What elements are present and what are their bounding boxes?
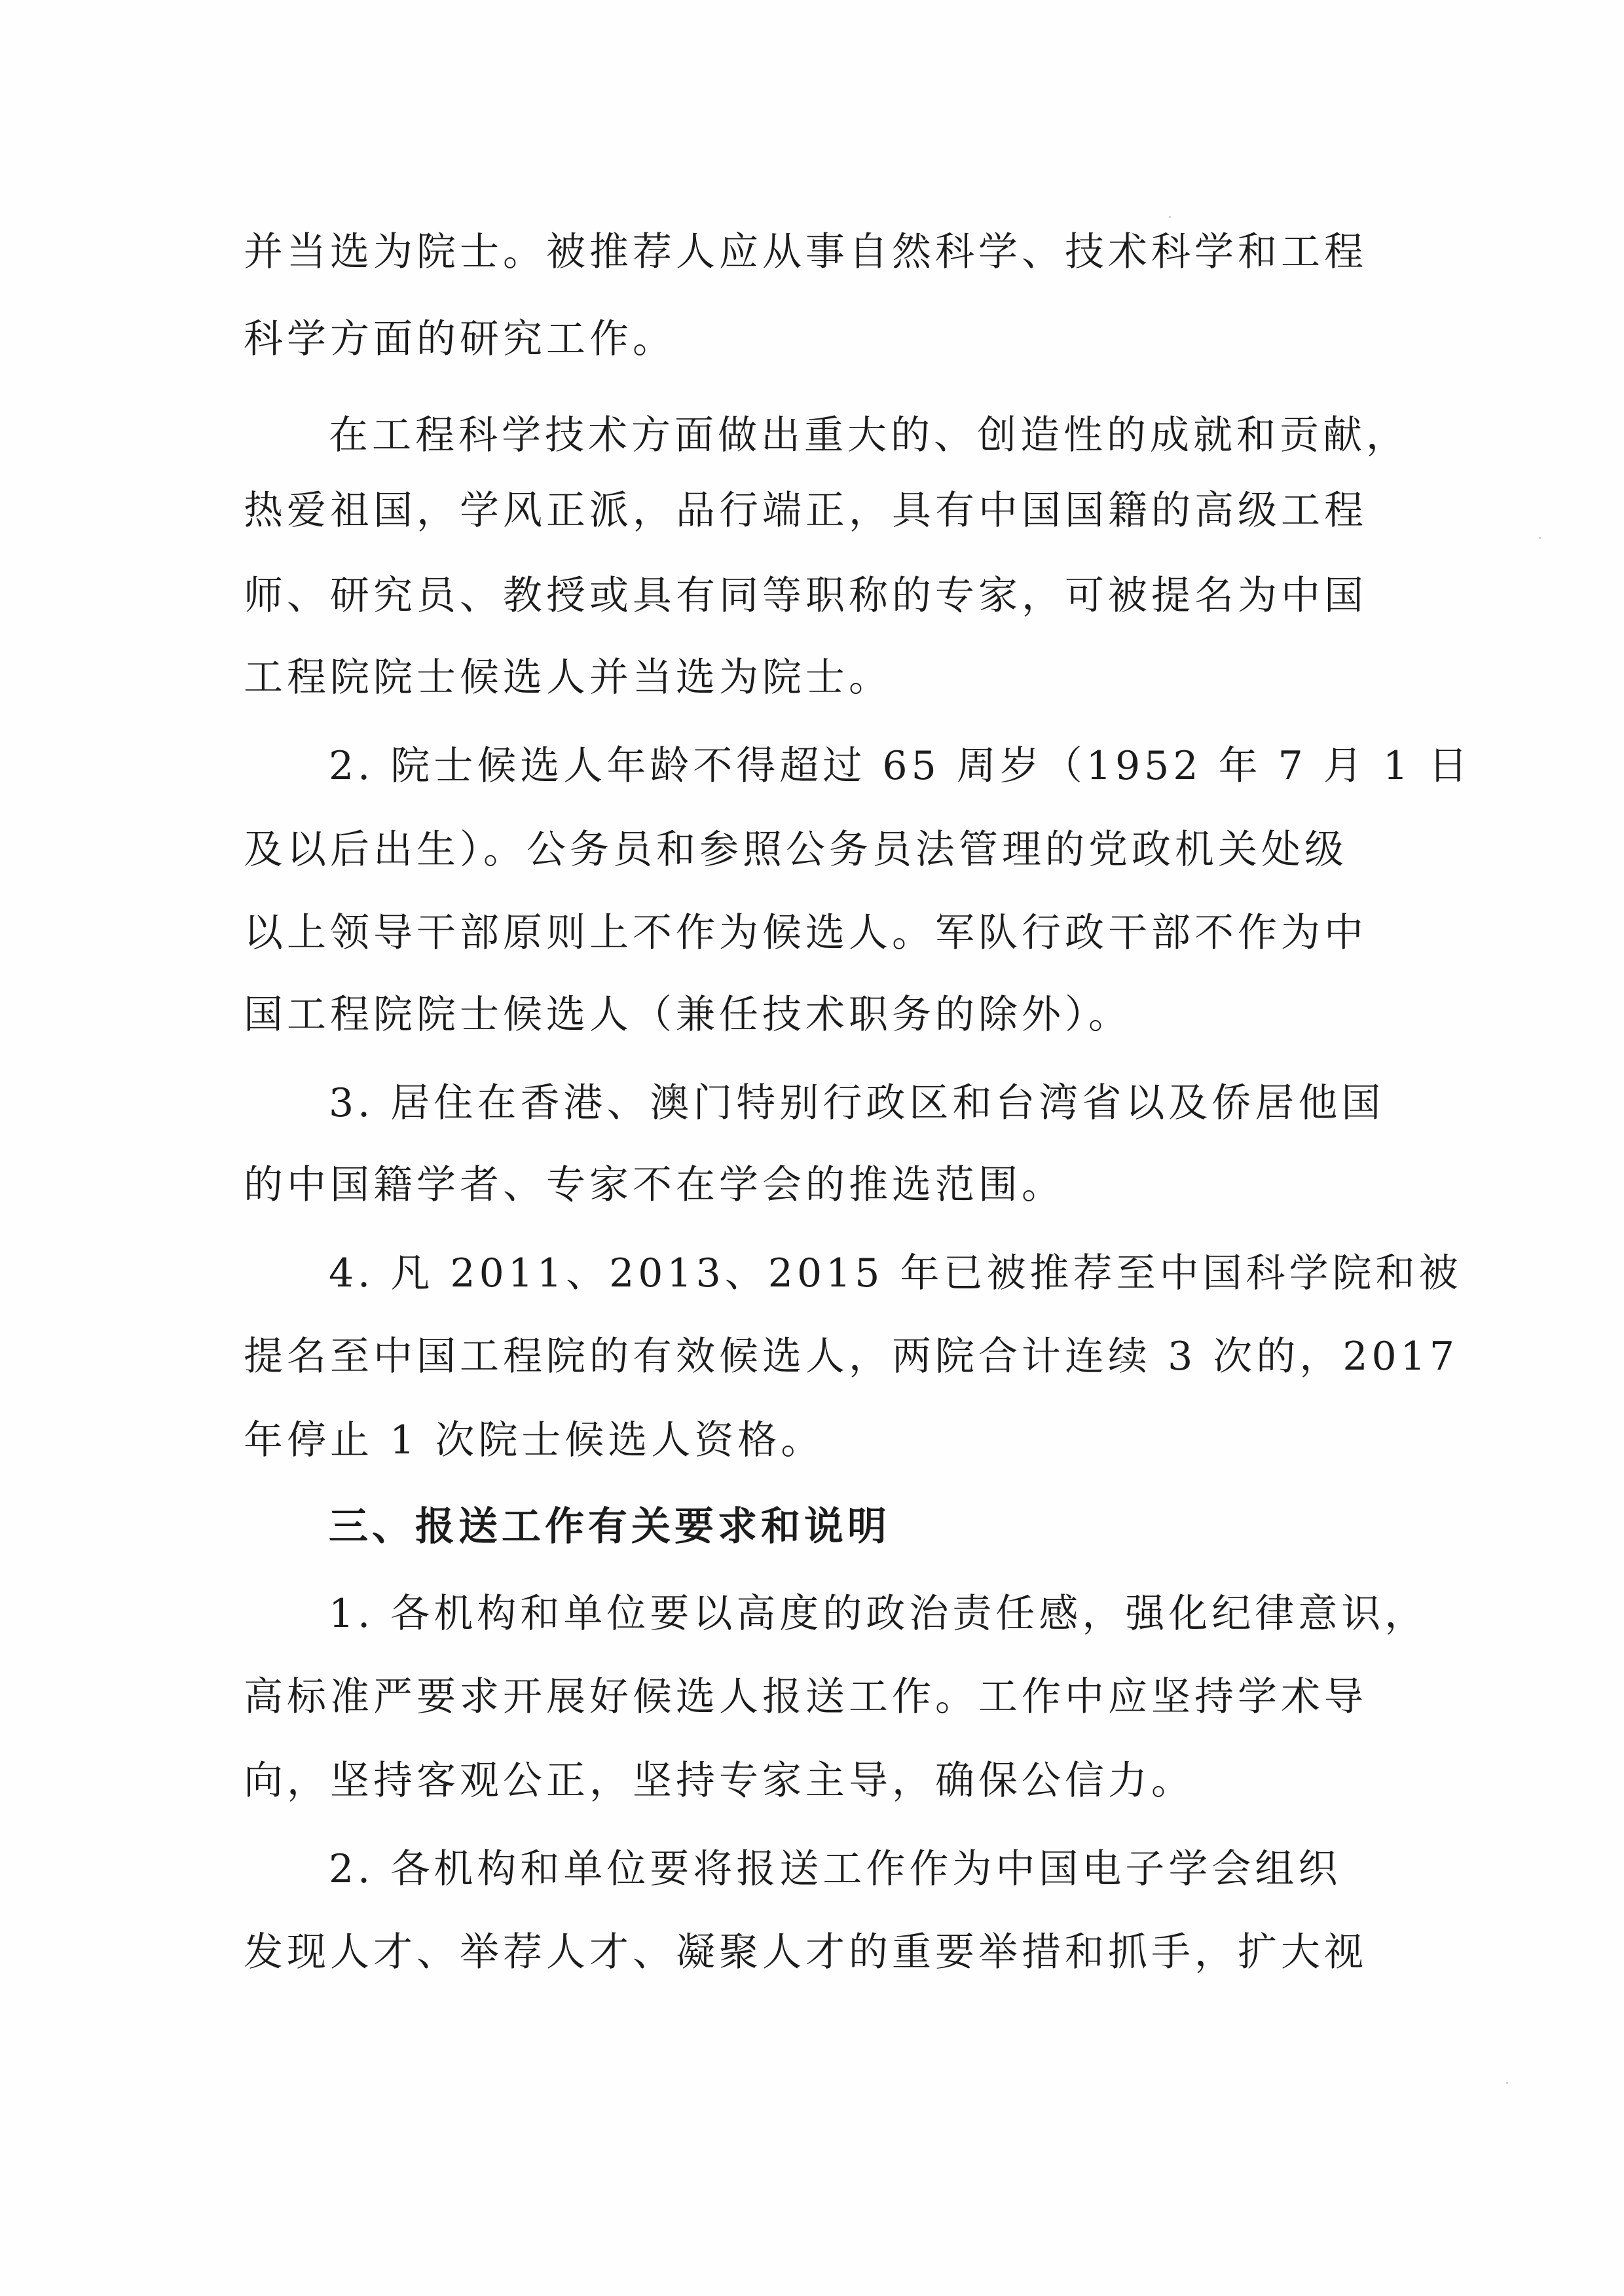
body-line: 及以后出生）。公务员和参照公务员法管理的党政机关处级 [244,824,1348,876]
body-line: 的中国籍学者、专家不在学会的推选范围。 [244,1159,1065,1211]
list-item-2-line: 2. 院士候选人年龄不得超过 65 周岁（1952 年 7 月 1 日 [329,740,1471,792]
body-line: 在工程科学技术方面做出重大的、创造性的成就和贡献， [329,409,1409,462]
body-line: 并当选为院士。被推荐人应从事自然科学、技术科学和工程 [244,226,1367,278]
list-item-1-line: 1. 各机构和单位要以高度的政治责任感，强化纪律意识， [329,1588,1428,1640]
body-line: 向，坚持客观公正，坚持专家主导，确保公信力。 [244,1755,1194,1807]
list-item-4-line: 4. 凡 2011、2013、2015 年已被推荐至中国科学院和被 [329,1247,1462,1300]
list-item-2-line: 2. 各机构和单位要将报送工作作为中国电子学会组织 [329,1843,1341,1895]
body-line: 工程院院士候选人并当选为院士。 [244,651,892,704]
body-line: 高标准严要求开展好候选人报送工作。工作中应坚持学术导 [244,1671,1367,1723]
body-line: 热爱祖国，学风正派，品行端正，具有中国国籍的高级工程 [244,484,1367,537]
body-line: 师、研究员、教授或具有同等职称的专家，可被提名为中国 [244,570,1367,622]
body-line: 科学方面的研究工作。 [244,313,676,365]
document-page: 并当选为院士。被推荐人应从事自然科学、技术科学和工程 科学方面的研究工作。 在工… [0,0,1624,2296]
body-line: 提名至中国工程院的有效候选人，两院合计连续 3 次的，2017 [244,1330,1458,1383]
list-item-3-line: 3. 居住在香港、澳门特别行政区和台湾省以及侨居他国 [329,1077,1384,1129]
scan-speck [1539,537,1541,539]
section-heading: 三、报送工作有关要求和说明 [329,1501,891,1553]
scan-speck [1506,2082,1508,2084]
body-line: 国工程院院士候选人（兼任技术职务的除外）。 [244,989,1132,1041]
body-line: 年停止 1 次院士候选人资格。 [244,1414,824,1467]
scan-speck [1169,216,1171,218]
body-line: 发现人才、举荐人才、凝聚人才的重要举措和抓手，扩大视 [244,1926,1367,1978]
body-line: 以上领导干部原则上不作为候选人。军队行政干部不作为中 [244,907,1367,959]
